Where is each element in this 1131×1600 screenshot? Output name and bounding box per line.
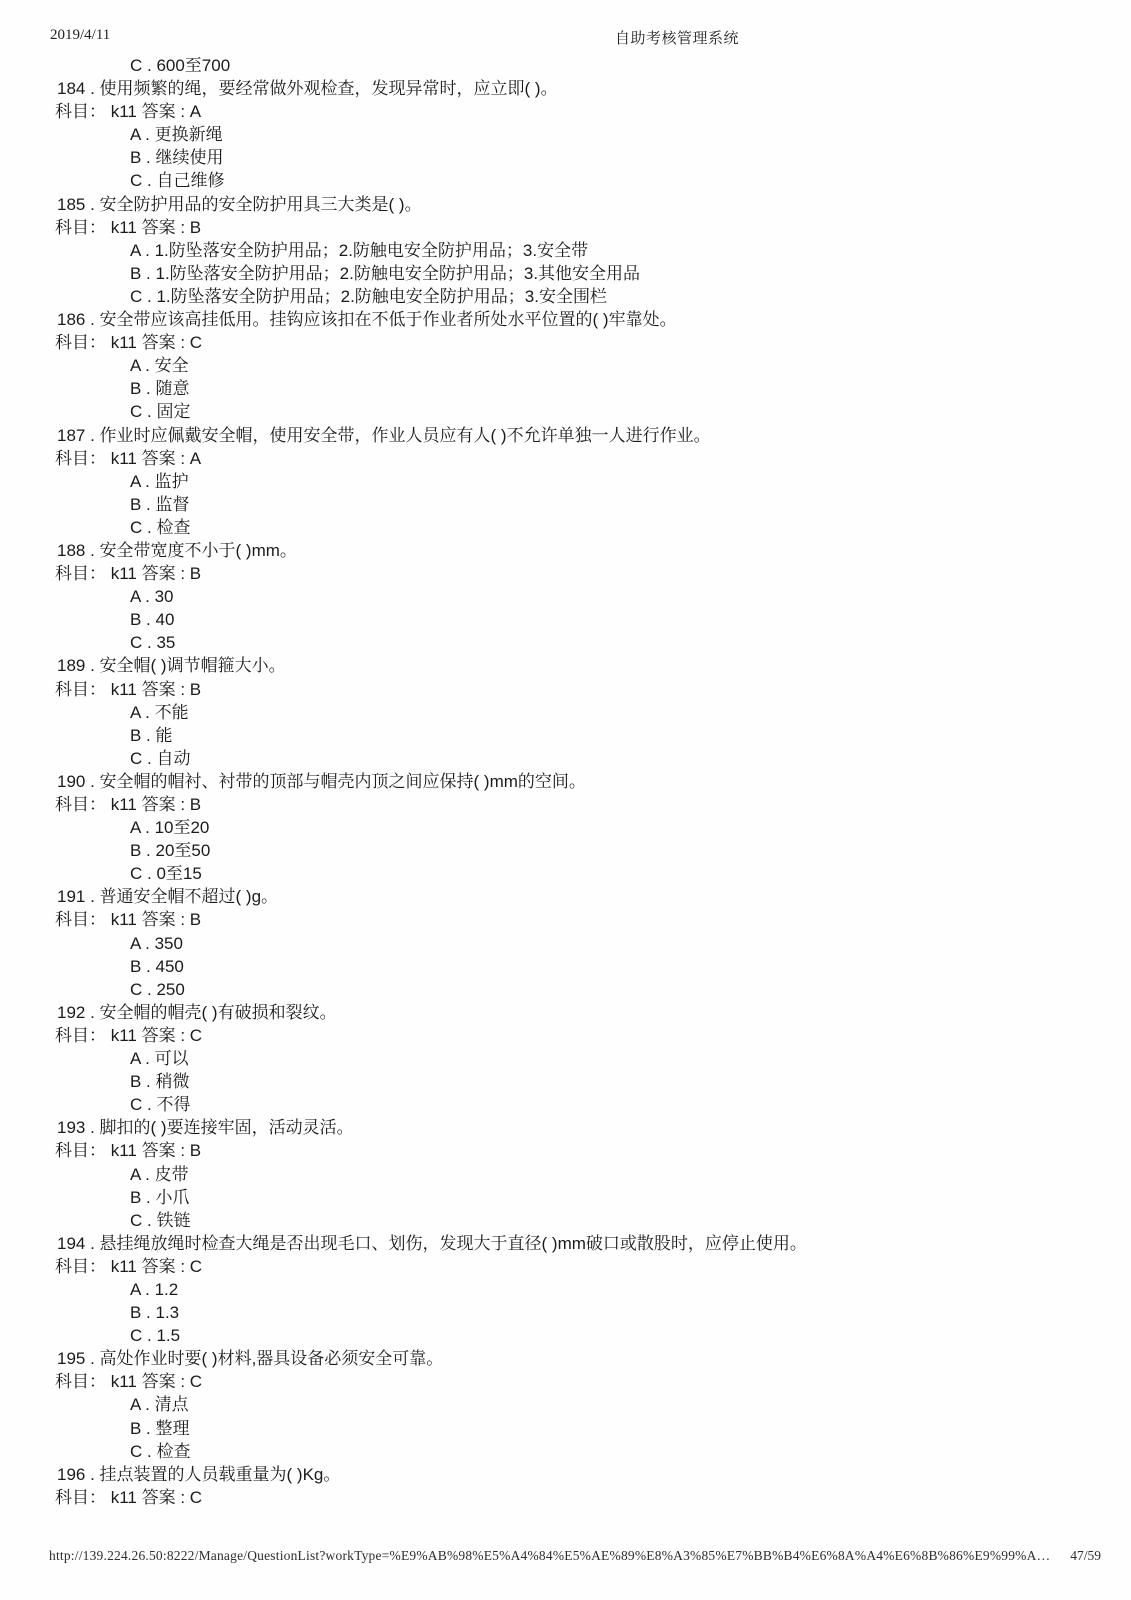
- question-block: 193 . 脚扣的( )要连接牢固，活动灵活。科目： k11 答案 : BA .…: [0, 1116, 1111, 1231]
- question-block: 190 . 安全帽的帽衬、衬带的顶部与帽壳内顶之间应保持( )mm的空间。科目：…: [0, 770, 1111, 885]
- option-line: B . 小爪: [0, 1186, 1111, 1209]
- question-text: 187 . 作业时应佩戴安全帽，使用安全带，作业人员应有人( )不允许单独一人进…: [0, 424, 1111, 447]
- option-line: C . 自动: [0, 747, 1111, 770]
- question-block: 189 . 安全帽( )调节帽箍大小。科目： k11 答案 : BA . 不能B…: [0, 654, 1111, 769]
- question-block: 185 . 安全防护用品的安全防护用具三大类是( )。科目： k11 答案 : …: [0, 193, 1111, 308]
- question-block: 187 . 作业时应佩戴安全帽，使用安全带，作业人员应有人( )不允许单独一人进…: [0, 424, 1111, 539]
- question-block: 195 . 高处作业时要( )材料,器具设备必须安全可靠。科目： k11 答案 …: [0, 1347, 1111, 1462]
- option-line: C . 铁链: [0, 1209, 1111, 1232]
- option-line: C . 1.5: [0, 1324, 1111, 1347]
- question-block: 191 . 普通安全帽不超过( )g。科目： k11 答案 : BA . 350…: [0, 885, 1111, 1000]
- option-line: B . 监督: [0, 493, 1111, 516]
- page-number: 47/59: [1050, 1548, 1101, 1564]
- option-line: B . 稍微: [0, 1070, 1111, 1093]
- option-line: A . 30: [0, 585, 1111, 608]
- option-line: C . 不得: [0, 1093, 1111, 1116]
- option-line: B . 1.3: [0, 1301, 1111, 1324]
- option-line: A . 监护: [0, 470, 1111, 493]
- question-meta: 科目： k11 答案 : C: [0, 1486, 1111, 1509]
- option-line: C . 35: [0, 631, 1111, 654]
- option-line: A . 10至20: [0, 816, 1111, 839]
- option-line: C . 0至15: [0, 862, 1111, 885]
- option-line: C . 固定: [0, 400, 1111, 423]
- option-line: A . 皮带: [0, 1163, 1111, 1186]
- option-line: B . 随意: [0, 377, 1111, 400]
- option-line: A . 1.防坠落安全防护用品；2.防触电安全防护用品；3.安全带: [0, 239, 1111, 262]
- option-line: A . 350: [0, 932, 1111, 955]
- option-line: C . 检查: [0, 516, 1111, 539]
- print-footer: http://139.224.26.50:8222/Manage/Questio…: [49, 1548, 1079, 1564]
- question-meta: 科目： k11 答案 : A: [0, 447, 1111, 470]
- option-line: A . 更换新绳: [0, 123, 1111, 146]
- question-block: 186 . 安全带应该高挂低用。挂钩应该扣在不低于作业者所处水平位置的( )牢靠…: [0, 308, 1111, 423]
- question-text: 194 . 悬挂绳放绳时检查大绳是否出现毛口、划伤，发现大于直径( )mm破口或…: [0, 1232, 1111, 1255]
- question-block: 184 . 使用频繁的绳，要经常做外观检查，发现异常时，应立即( )。科目： k…: [0, 77, 1111, 192]
- question-text: 192 . 安全帽的帽壳( )有破损和裂纹。: [0, 1001, 1111, 1024]
- option-line: B . 40: [0, 608, 1111, 631]
- printed-page: 2019/4/11 自助考核管理系统 C . 600至700 184 . 使用频…: [0, 0, 1131, 1600]
- question-meta: 科目： k11 答案 : B: [0, 793, 1111, 816]
- question-meta: 科目： k11 答案 : A: [0, 100, 1111, 123]
- option-line: C . 250: [0, 978, 1111, 1001]
- question-text: 186 . 安全带应该高挂低用。挂钩应该扣在不低于作业者所处水平位置的( )牢靠…: [0, 308, 1111, 331]
- question-meta: 科目： k11 答案 : B: [0, 678, 1111, 701]
- option-line: B . 整理: [0, 1417, 1111, 1440]
- option-line: B . 继续使用: [0, 146, 1111, 169]
- question-meta: 科目： k11 答案 : B: [0, 562, 1111, 585]
- question-block: 188 . 安全带宽度不小于( )mm。科目： k11 答案 : BA . 30…: [0, 539, 1111, 654]
- question-text: 185 . 安全防护用品的安全防护用具三大类是( )。: [0, 193, 1111, 216]
- option-line: A . 不能: [0, 701, 1111, 724]
- question-meta: 科目： k11 答案 : C: [0, 331, 1111, 354]
- carryover-option-line: C . 600至700: [0, 54, 1111, 77]
- question-text: 195 . 高处作业时要( )材料,器具设备必须安全可靠。: [0, 1347, 1111, 1370]
- question-meta: 科目： k11 答案 : B: [0, 1139, 1111, 1162]
- option-line: A . 1.2: [0, 1278, 1111, 1301]
- option-line: A . 可以: [0, 1047, 1111, 1070]
- question-meta: 科目： k11 答案 : C: [0, 1255, 1111, 1278]
- source-url: http://139.224.26.50:8222/Manage/Questio…: [49, 1548, 1050, 1564]
- questions-container: 184 . 使用频繁的绳，要经常做外观检查，发现异常时，应立即( )。科目： k…: [0, 77, 1111, 1509]
- question-text: 191 . 普通安全帽不超过( )g。: [0, 885, 1111, 908]
- option-line: B . 450: [0, 955, 1111, 978]
- question-block: 196 . 挂点装置的人员载重量为( )Kg。科目： k11 答案 : C: [0, 1463, 1111, 1509]
- print-header: 2019/4/11 自助考核管理系统: [50, 27, 1081, 47]
- question-block: 192 . 安全帽的帽壳( )有破损和裂纹。科目： k11 答案 : CA . …: [0, 1001, 1111, 1116]
- question-meta: 科目： k11 答案 : C: [0, 1024, 1111, 1047]
- option-line: B . 20至50: [0, 839, 1111, 862]
- page-title: 自助考核管理系统: [615, 27, 739, 48]
- question-text: 188 . 安全带宽度不小于( )mm。: [0, 539, 1111, 562]
- question-text: 184 . 使用频繁的绳，要经常做外观检查，发现异常时，应立即( )。: [0, 77, 1111, 100]
- question-meta: 科目： k11 答案 : B: [0, 908, 1111, 931]
- question-text: 196 . 挂点装置的人员载重量为( )Kg。: [0, 1463, 1111, 1486]
- option-line: B . 能: [0, 724, 1111, 747]
- question-meta: 科目： k11 答案 : C: [0, 1370, 1111, 1393]
- question-block: 194 . 悬挂绳放绳时检查大绳是否出现毛口、划伤，发现大于直径( )mm破口或…: [0, 1232, 1111, 1347]
- option-line: B . 1.防坠落安全防护用品；2.防触电安全防护用品；3.其他安全用品: [0, 262, 1111, 285]
- option-line: C . 1.防坠落安全防护用品；2.防触电安全防护用品；3.安全围栏: [0, 285, 1111, 308]
- question-list: C . 600至700 184 . 使用频繁的绳，要经常做外观检查，发现异常时，…: [0, 54, 1111, 1509]
- option-line: C . 自己维修: [0, 169, 1111, 192]
- question-text: 193 . 脚扣的( )要连接牢固，活动灵活。: [0, 1116, 1111, 1139]
- print-date: 2019/4/11: [50, 27, 110, 44]
- option-line: C . 检查: [0, 1440, 1111, 1463]
- question-text: 189 . 安全帽( )调节帽箍大小。: [0, 654, 1111, 677]
- option-line: A . 安全: [0, 354, 1111, 377]
- option-line: A . 清点: [0, 1393, 1111, 1416]
- question-text: 190 . 安全帽的帽衬、衬带的顶部与帽壳内顶之间应保持( )mm的空间。: [0, 770, 1111, 793]
- question-meta: 科目： k11 答案 : B: [0, 216, 1111, 239]
